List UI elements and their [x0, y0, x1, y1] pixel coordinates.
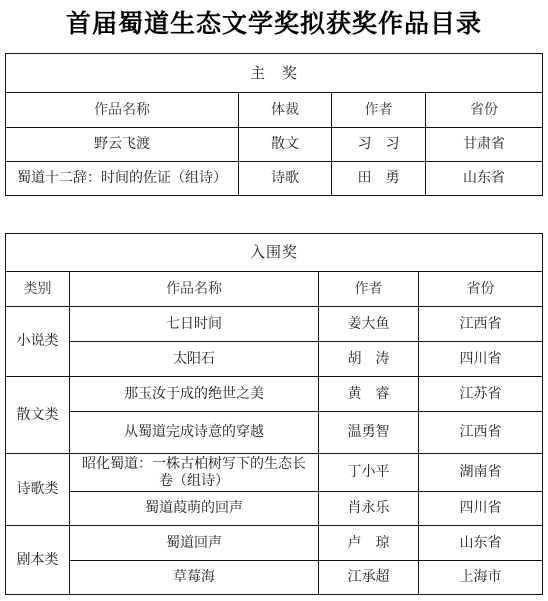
cell-work: 从蜀道完成诗意的穿越 [70, 412, 319, 454]
cell-author: 黄 睿 [319, 377, 419, 412]
header-author: 作者 [319, 272, 419, 307]
header-work: 作品名称 [6, 93, 239, 128]
table-row: 散文类 那玉汝于成的绝世之美 黄 睿 江苏省 [6, 377, 543, 412]
cell-author: 温勇智 [319, 412, 419, 454]
header-work: 作品名称 [70, 272, 319, 307]
header-category: 类别 [6, 272, 70, 307]
header-author: 作者 [332, 93, 426, 128]
shortlist-award-table: 入围奖 类别 作品名称 作者 省份 小说类 七日时间 姜大鱼 江西省 太阳石 胡… [5, 233, 543, 595]
header-genre: 体裁 [239, 93, 332, 128]
cell-author: 田 勇 [332, 162, 426, 196]
cell-province: 上海市 [419, 561, 543, 595]
cell-work: 蜀道回声 [70, 526, 319, 561]
table-row: 蜀道十二辞：时间的佐证（组诗） 诗歌 田 勇 山东省 [6, 162, 543, 196]
cell-work: 蜀道葭萌的回声 [70, 492, 319, 526]
cell-work: 那玉汝于成的绝世之美 [70, 377, 319, 412]
table-row: 太阳石 胡 涛 四川省 [6, 342, 543, 377]
main-award-table: 主 奖 作品名称 体裁 作者 省份 野云飞渡 散文 习 习 甘肃省 蜀道十二辞：… [5, 53, 543, 196]
cell-work: 蜀道十二辞：时间的佐证（组诗） [6, 162, 239, 196]
cell-province: 山东省 [419, 526, 543, 561]
cell-province: 江西省 [419, 412, 543, 454]
cell-province: 山东省 [426, 162, 543, 196]
table-row: 从蜀道完成诗意的穿越 温勇智 江西省 [6, 412, 543, 454]
category-cell: 剧本类 [6, 526, 70, 595]
section-title-shortlist: 入围奖 [6, 234, 543, 272]
table-row: 草莓海 江承超 上海市 [6, 561, 543, 595]
cell-author: 习 习 [332, 128, 426, 162]
cell-province: 四川省 [419, 492, 543, 526]
table-row: 蜀道葭萌的回声 肖永乐 四川省 [6, 492, 543, 526]
section-title-main-award: 主 奖 [6, 54, 543, 93]
cell-work: 草莓海 [70, 561, 319, 595]
cell-province: 四川省 [419, 342, 543, 377]
cell-work: 七日时间 [70, 307, 319, 342]
cell-province: 甘肃省 [426, 128, 543, 162]
category-cell: 小说类 [6, 307, 70, 377]
table-row: 野云飞渡 散文 习 习 甘肃省 [6, 128, 543, 162]
cell-author: 卢 琼 [319, 526, 419, 561]
header-province: 省份 [426, 93, 543, 128]
table-row: 小说类 七日时间 姜大鱼 江西省 [6, 307, 543, 342]
category-cell: 散文类 [6, 377, 70, 454]
cell-work: 野云飞渡 [6, 128, 239, 162]
category-cell: 诗歌类 [6, 454, 70, 526]
cell-province: 湖南省 [419, 454, 543, 492]
cell-genre: 散文 [239, 128, 332, 162]
cell-author: 胡 涛 [319, 342, 419, 377]
cell-work: 太阳石 [70, 342, 319, 377]
cell-work: 昭化蜀道：一株古柏树写下的生态长卷（组诗） [70, 454, 319, 492]
cell-author: 江承超 [319, 561, 419, 595]
cell-author: 丁小平 [319, 454, 419, 492]
table-row: 诗歌类 昭化蜀道：一株古柏树写下的生态长卷（组诗） 丁小平 湖南省 [6, 454, 543, 492]
page-title: 首届蜀道生态文学奖拟获奖作品目录 [0, 6, 548, 42]
cell-province: 江苏省 [419, 377, 543, 412]
cell-author: 肖永乐 [319, 492, 419, 526]
cell-province: 江西省 [419, 307, 543, 342]
header-province: 省份 [419, 272, 543, 307]
table-row: 剧本类 蜀道回声 卢 琼 山东省 [6, 526, 543, 561]
cell-genre: 诗歌 [239, 162, 332, 196]
cell-author: 姜大鱼 [319, 307, 419, 342]
